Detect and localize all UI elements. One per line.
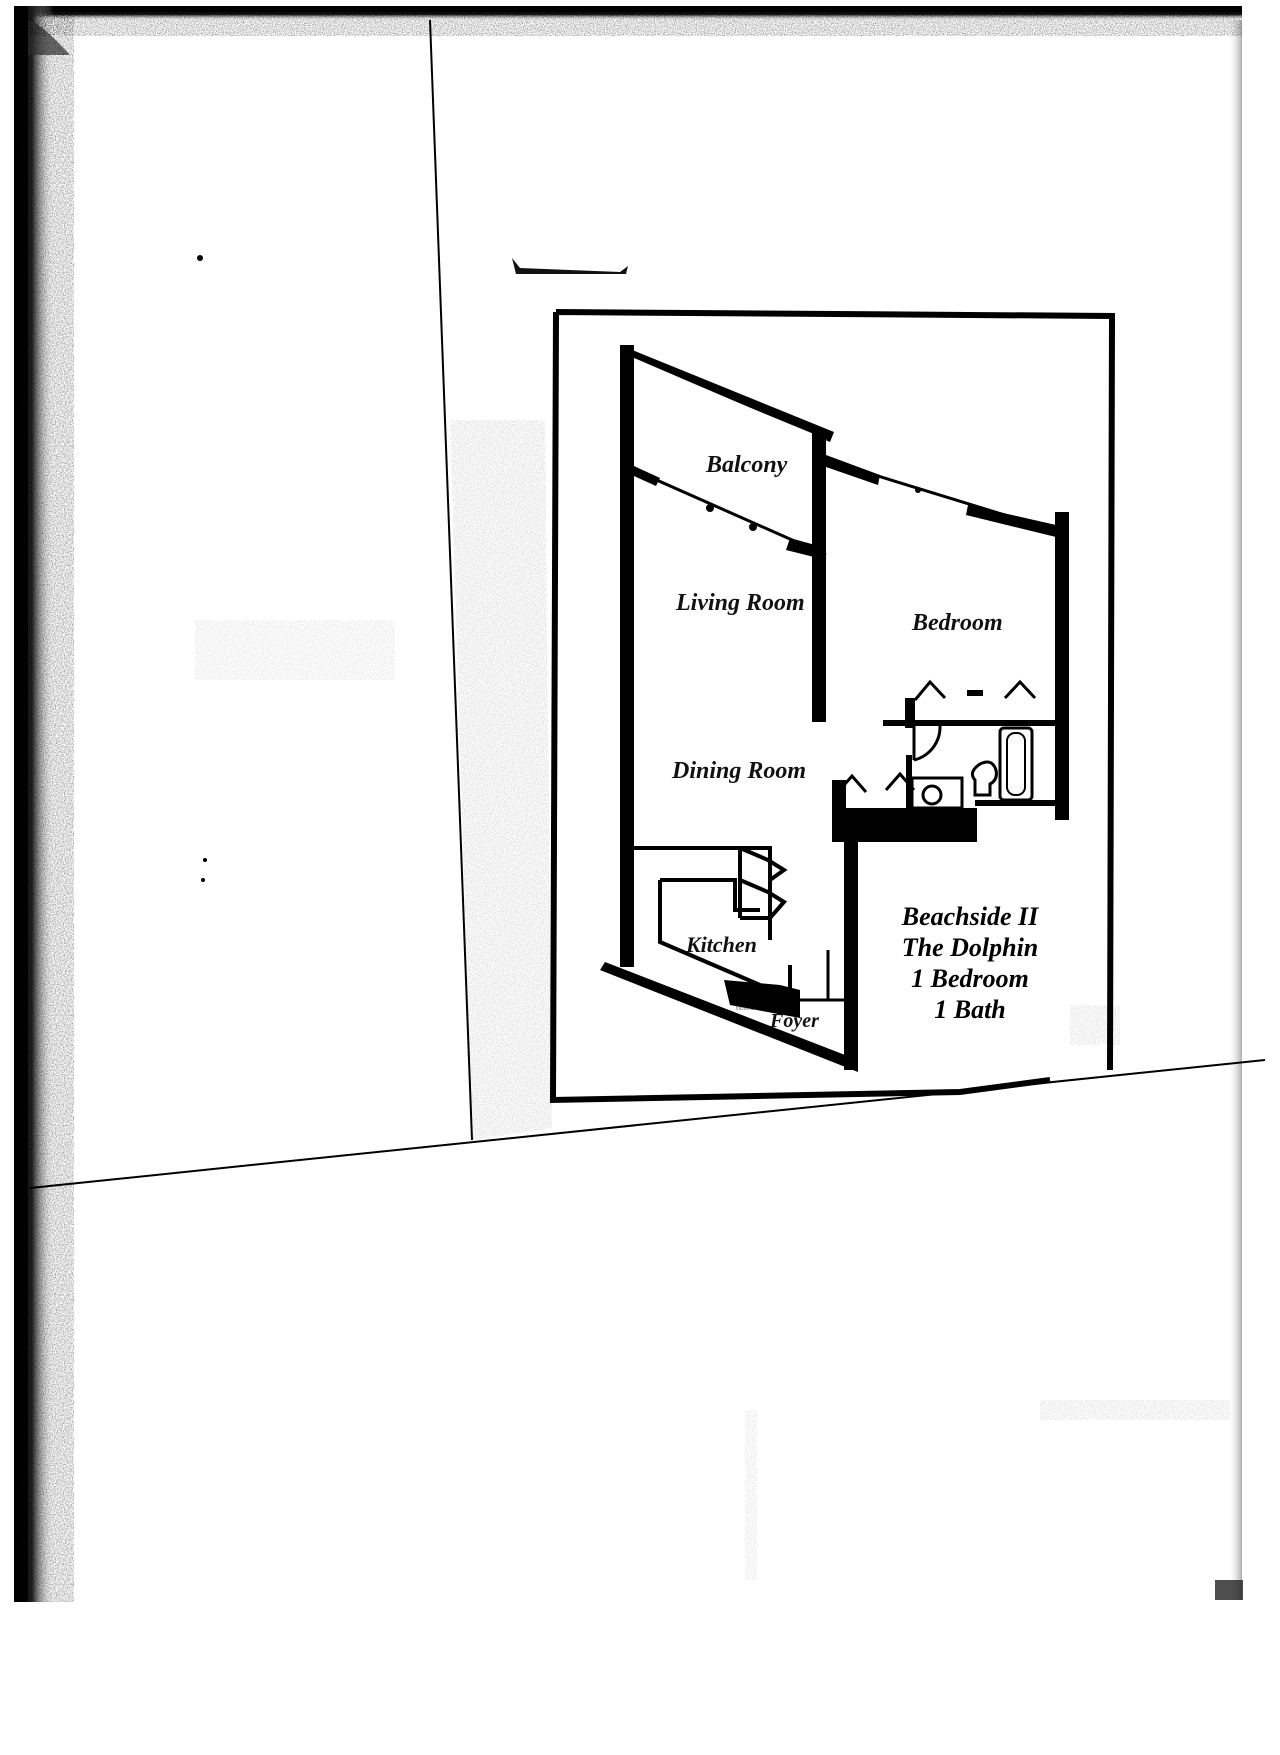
room-label-dining-room: Dining Room: [671, 758, 806, 784]
caption-building: Beachside II: [901, 902, 1039, 931]
room-label-bedroom: Bedroom: [911, 610, 1003, 636]
room-label-balcony: Balcony: [705, 452, 788, 478]
caption-bedrooms: 1 Bedroom: [911, 964, 1029, 993]
caption-unit-name: The Dolphin: [902, 933, 1039, 962]
scanned-page: Balcony Living Room Bedroom Dining Room …: [0, 0, 1280, 1755]
room-label-living-room: Living Room: [675, 590, 805, 616]
caption-baths: 1 Bath: [934, 995, 1006, 1024]
room-label-foyer: Foyer: [769, 1010, 819, 1032]
room-label-kitchen: Kitchen: [685, 932, 757, 957]
